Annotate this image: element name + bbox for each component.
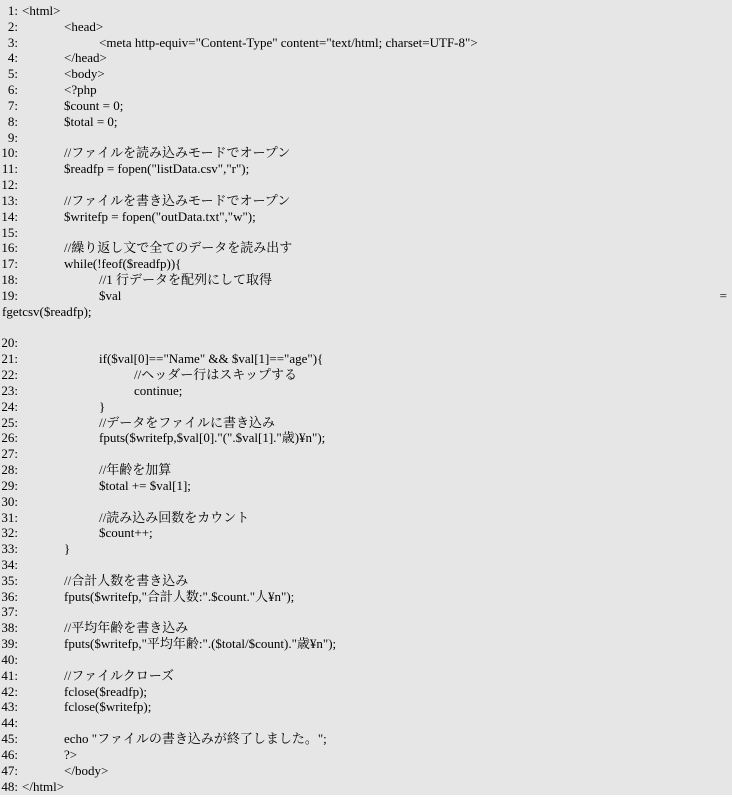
code-line: 38://平均年齢を書き込み	[0, 620, 732, 636]
line-number: 40:	[0, 652, 18, 668]
line-number: 44:	[0, 715, 18, 731]
line-number: 9:	[0, 130, 18, 146]
code-line: 12:	[0, 177, 732, 193]
code-line: 43:fclose($writefp);	[0, 699, 732, 715]
code-text: $total += $val[1];	[99, 478, 191, 494]
line-number: 15:	[0, 225, 18, 241]
code-line: 21:if($val[0]=="Name" && $val[1]=="age")…	[0, 351, 732, 367]
code-text: </html>	[22, 779, 64, 795]
code-text: <body>	[64, 66, 105, 82]
line-number: 3:	[0, 35, 18, 51]
line-number: 16:	[0, 240, 18, 256]
code-text: //ファイルクローズ	[64, 668, 174, 684]
code-line: 37:	[0, 604, 732, 620]
code-text: //合計人数を書き込み	[64, 573, 188, 589]
code-line: 20:	[0, 335, 732, 351]
code-text: //読み込み回数をカウント	[99, 510, 249, 526]
code-text: <meta http-equiv="Content-Type" content=…	[99, 35, 478, 51]
code-text: continue;	[134, 383, 182, 399]
code-line: 45:echo "ファイルの書き込みが終了しました。";	[0, 731, 732, 747]
line-number: 22:	[0, 367, 18, 383]
code-text: echo "ファイルの書き込みが終了しました。";	[64, 731, 327, 747]
code-line: 29:$total += $val[1];	[0, 478, 732, 494]
code-line: 3:<meta http-equiv="Content-Type" conten…	[0, 35, 732, 51]
code-text: fputs($writefp,"平均年齢:".($total/$count)."…	[64, 636, 336, 652]
line-number: 38:	[0, 620, 18, 636]
code-line: 32:$count++;	[0, 525, 732, 541]
line-number: 5:	[0, 66, 18, 82]
code-text: $writefp = fopen("outData.txt","w");	[64, 209, 256, 225]
code-line: 46:?>	[0, 747, 732, 763]
line-number: 37:	[0, 604, 18, 620]
code-listing: 1:<html>2:<head>3:<meta http-equiv="Cont…	[0, 0, 732, 795]
code-text: <?php	[64, 82, 97, 98]
line-number: 4:	[0, 50, 18, 66]
line-number: 39:	[0, 636, 18, 652]
code-line: 15:	[0, 225, 732, 241]
line-number: 2:	[0, 19, 18, 35]
code-text: //1 行データを配列にして取得	[99, 272, 272, 288]
code-line: 19:$val=	[0, 288, 732, 304]
line-number: 11:	[0, 161, 18, 177]
code-text: }	[99, 399, 105, 415]
code-line: 5:<body>	[0, 66, 732, 82]
code-text: $total = 0;	[64, 114, 118, 130]
code-line: 23:continue;	[0, 383, 732, 399]
line-number: 21:	[0, 351, 18, 367]
code-line: 14:$writefp = fopen("outData.txt","w");	[0, 209, 732, 225]
line-number: 13:	[0, 193, 18, 209]
bottom-strip	[0, 795, 732, 800]
code-line: 36:fputs($writefp,"合計人数:".$count."人¥n");	[0, 589, 732, 605]
code-line: 25://データをファイルに書き込み	[0, 415, 732, 431]
code-line: 22://ヘッダー行はスキップする	[0, 367, 732, 383]
code-text: //ファイルを読み込みモードでオープン	[64, 145, 290, 161]
line-number: 1:	[0, 3, 18, 19]
code-line-continuation: fgetcsv($readfp);	[0, 304, 732, 320]
line-number: 30:	[0, 494, 18, 510]
code-text: //年齢を加算	[99, 462, 171, 478]
code-text: }	[64, 541, 70, 557]
code-line: 2:<head>	[0, 19, 732, 35]
line-number: 10:	[0, 145, 18, 161]
page: 1:<html>2:<head>3:<meta http-equiv="Cont…	[0, 0, 732, 800]
code-line: 33:}	[0, 541, 732, 557]
code-line: 4:</head>	[0, 50, 732, 66]
line-number: 17:	[0, 256, 18, 272]
code-line: 30:	[0, 494, 732, 510]
code-line: 11:$readfp = fopen("listData.csv","r");	[0, 161, 732, 177]
code-text: fputs($writefp,$val[0]."(".$val[1]."歳)¥n…	[99, 430, 325, 446]
code-line: 18://1 行データを配列にして取得	[0, 272, 732, 288]
line-number: 45:	[0, 731, 18, 747]
line-number: 36:	[0, 589, 18, 605]
code-line: 48:</html>	[0, 779, 732, 795]
code-text: </body>	[64, 763, 108, 779]
code-text: //ヘッダー行はスキップする	[134, 367, 297, 383]
code-text: //データをファイルに書き込み	[99, 415, 275, 431]
line-number: 24:	[0, 399, 18, 415]
code-line: 31://読み込み回数をカウント	[0, 510, 732, 526]
code-line: 26:fputs($writefp,$val[0]."(".$val[1]."歳…	[0, 430, 732, 446]
line-number: 34:	[0, 557, 18, 573]
code-line: 44:	[0, 715, 732, 731]
code-line: 1:<html>	[0, 3, 732, 19]
line-number: 8:	[0, 114, 18, 130]
code-text: //平均年齢を書き込み	[64, 620, 188, 636]
code-text: fclose($writefp);	[64, 699, 151, 715]
line-number: 28:	[0, 462, 18, 478]
code-text: $readfp = fopen("listData.csv","r");	[64, 161, 249, 177]
code-line: 40:	[0, 652, 732, 668]
line-number: 33:	[0, 541, 18, 557]
line-number: 41:	[0, 668, 18, 684]
code-text: <head>	[64, 19, 103, 35]
code-text: $val	[99, 288, 121, 304]
code-line: 9:	[0, 130, 732, 146]
code-line: 39:fputs($writefp,"平均年齢:".($total/$count…	[0, 636, 732, 652]
code-line-continuation	[0, 320, 732, 336]
code-line: 35://合計人数を書き込み	[0, 573, 732, 589]
code-line: 6:<?php	[0, 82, 732, 98]
line-number: 29:	[0, 478, 18, 494]
code-line: 42:fclose($readfp);	[0, 684, 732, 700]
code-text: fputs($writefp,"合計人数:".$count."人¥n");	[64, 589, 294, 605]
code-line: 7:$count = 0;	[0, 98, 732, 114]
code-text: $count = 0;	[64, 98, 123, 114]
line-number: 19:	[0, 288, 18, 304]
code-line: 8:$total = 0;	[0, 114, 732, 130]
line-number: 43:	[0, 699, 18, 715]
line-number: 20:	[0, 335, 18, 351]
line-number: 14:	[0, 209, 18, 225]
line-number: 31:	[0, 510, 18, 526]
line-number: 42:	[0, 684, 18, 700]
line-number: 18:	[0, 272, 18, 288]
code-line: 27:	[0, 446, 732, 462]
line-number: 25:	[0, 415, 18, 431]
line-number: 32:	[0, 525, 18, 541]
line-number: 48:	[0, 779, 18, 795]
line-number: 26:	[0, 430, 18, 446]
code-text: <html>	[22, 3, 61, 19]
line-number: 7:	[0, 98, 18, 114]
code-line: 47:</body>	[0, 763, 732, 779]
code-line: 13://ファイルを書き込みモードでオープン	[0, 193, 732, 209]
code-text: $count++;	[99, 525, 153, 541]
code-text: </head>	[64, 50, 107, 66]
line-number: 12:	[0, 177, 18, 193]
code-text: fgetcsv($readfp);	[2, 304, 92, 320]
line-number: 35:	[0, 573, 18, 589]
code-line: 24:}	[0, 399, 732, 415]
code-text: fclose($readfp);	[64, 684, 147, 700]
code-text: while(!feof($readfp)){	[64, 256, 181, 272]
line-number: 23:	[0, 383, 18, 399]
line-number: 47:	[0, 763, 18, 779]
code-line: 34:	[0, 557, 732, 573]
assign-equals: =	[720, 288, 727, 304]
code-line: 28://年齢を加算	[0, 462, 732, 478]
line-number: 6:	[0, 82, 18, 98]
code-line: 17:while(!feof($readfp)){	[0, 256, 732, 272]
line-number: 27:	[0, 446, 18, 462]
code-text: if($val[0]=="Name" && $val[1]=="age"){	[99, 351, 323, 367]
code-text: //繰り返し文で全てのデータを読み出す	[64, 240, 292, 256]
code-line: 10://ファイルを読み込みモードでオープン	[0, 145, 732, 161]
line-number: 46:	[0, 747, 18, 763]
code-line: 41://ファイルクローズ	[0, 668, 732, 684]
code-text: ?>	[64, 747, 77, 763]
code-line: 16://繰り返し文で全てのデータを読み出す	[0, 240, 732, 256]
code-text: //ファイルを書き込みモードでオープン	[64, 193, 290, 209]
